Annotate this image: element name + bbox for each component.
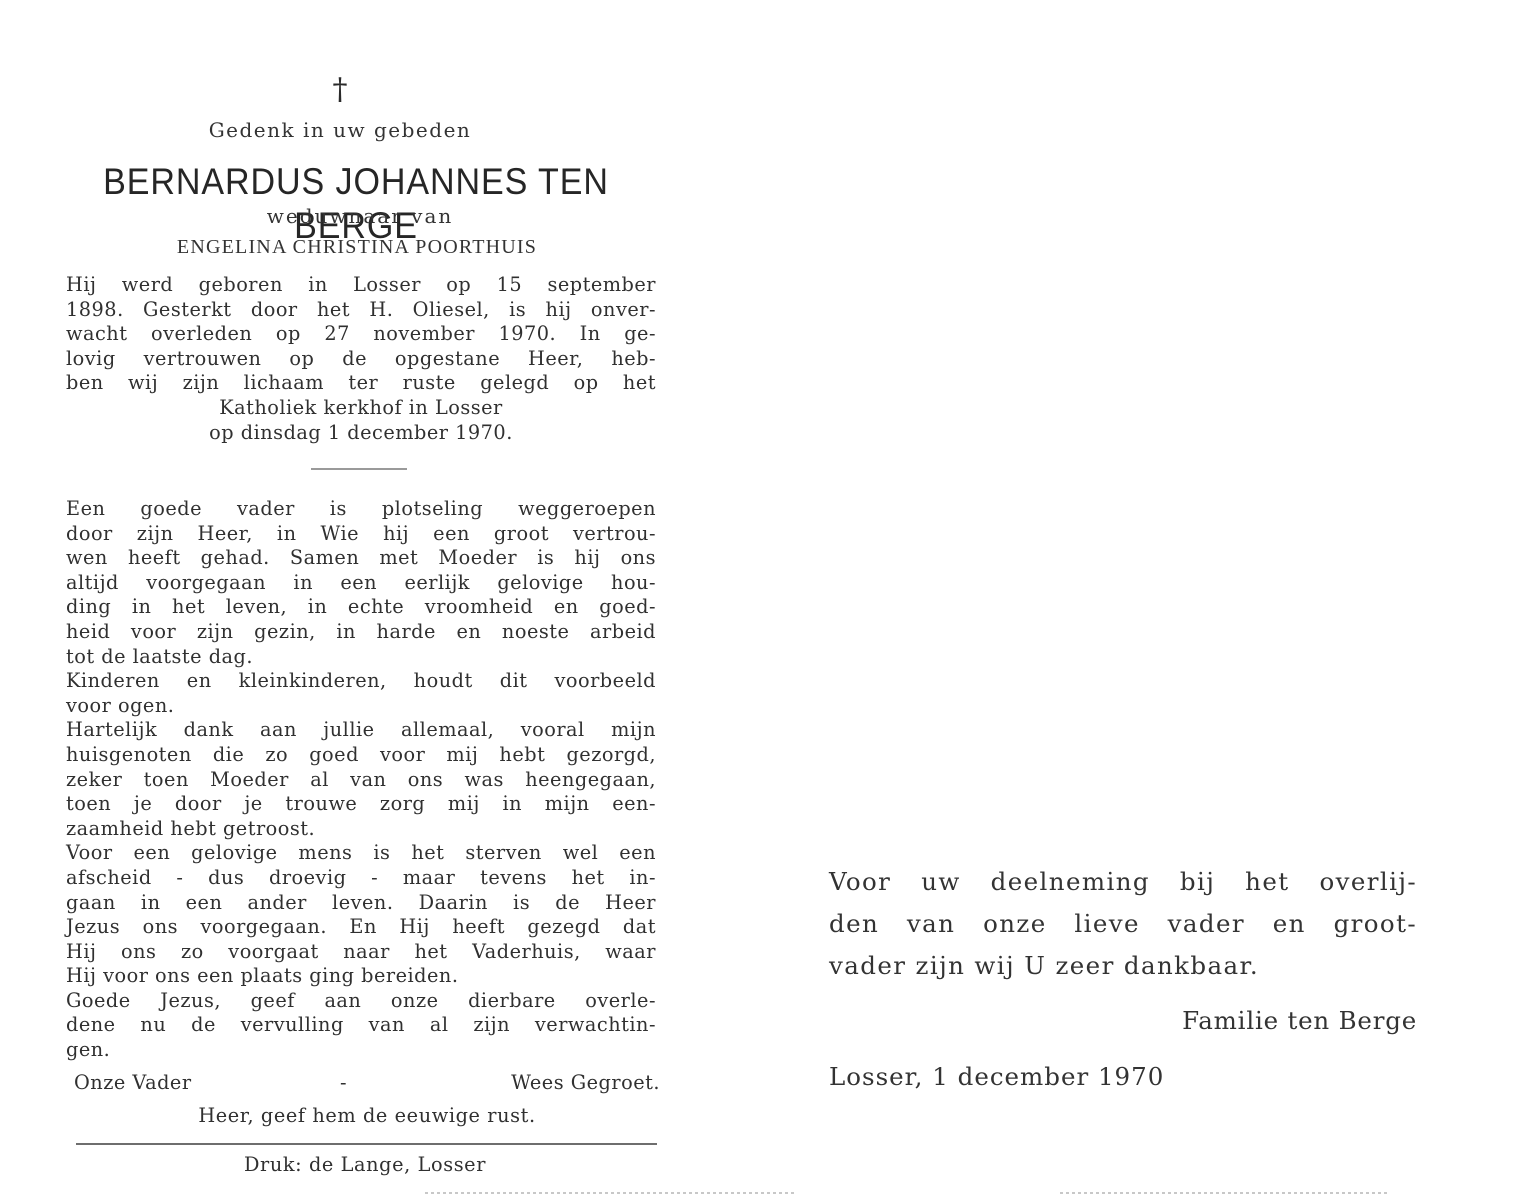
scan-artifact [425, 1192, 795, 1194]
biography-paragraph: Hij werd geboren in Losser op 15 septemb… [66, 273, 656, 445]
body-line: huisgenoten die zo goed voor mij hebt ge… [66, 743, 656, 768]
body-line: Voor een gelovige mens is het sterven we… [66, 841, 656, 866]
body-line: Jezus ons voorgegaan. En Hij heeft gezeg… [66, 915, 656, 940]
bio-line: lovig vertrouwen op de opgestane Heer, h… [66, 347, 656, 372]
bio-line: ben wij zijn lichaam ter ruste gelegd op… [66, 371, 656, 396]
prayer-right: Wees Gegroet. [511, 1071, 660, 1094]
bio-line: op dinsdag 1 december 1970. [66, 421, 656, 446]
bio-line: 1898. Gesterkt door het H. Oliesel, is h… [66, 298, 656, 323]
body-line: wen heeft gehad. Samen met Moeder is hij… [66, 546, 656, 571]
body-line: Kinderen en kleinkinderen, houdt dit voo… [66, 669, 656, 694]
body-line: gen. [66, 1038, 656, 1063]
cross-icon: † [0, 72, 680, 108]
thanks-line: den van onze lieve vader en groot- [829, 903, 1417, 945]
memorial-text: Een goede vader is plotseling weggeroepe… [66, 497, 656, 1063]
place-date: Losser, 1 december 1970 [829, 1062, 1164, 1091]
family-signature: Familie ten Berge [829, 1006, 1417, 1035]
body-line: Hij voor ons een plaats ging bereiden. [66, 964, 656, 989]
bio-line: Katholiek kerkhof in Losser [66, 396, 656, 421]
body-line: toen je door je trouwe zorg mij in mijn … [66, 792, 656, 817]
body-line: altijd voorgegaan in een eerlijk gelovig… [66, 571, 656, 596]
body-line: afscheid - dus droevig - maar tevens het… [66, 866, 656, 891]
thank-you-text: Voor uw deelneming bij het overlij- den … [829, 861, 1417, 987]
body-line: Hartelijk dank aan jullie allemaal, voor… [66, 718, 656, 743]
thanks-line: Voor uw deelneming bij het overlij- [829, 861, 1417, 903]
relation-text: weduwnaar van [0, 204, 720, 228]
body-line: Een goede vader is plotseling weggeroepe… [66, 497, 656, 522]
body-line: ding in het leven, in echte vroomheid en… [66, 595, 656, 620]
footer-divider [76, 1143, 657, 1145]
section-divider [311, 468, 407, 470]
body-line: Hij ons zo voorgaat naar het Vaderhuis, … [66, 940, 656, 965]
body-line: zeker toen Moeder al van ons was heengeg… [66, 768, 656, 793]
intro-text: Gedenk in uw gebeden [0, 118, 680, 142]
body-line: heid voor zijn gezin, in harde en noeste… [66, 620, 656, 645]
body-line: zaamheid hebt getroost. [66, 817, 656, 842]
bio-line: Hij werd geboren in Losser op 15 septemb… [66, 273, 656, 298]
prayer-separator: - [340, 1071, 347, 1094]
prayer-left: Onze Vader [74, 1071, 192, 1094]
body-line: dene nu de vervulling van al zijn verwac… [66, 1013, 656, 1038]
body-line: tot de laatste dag. [66, 645, 656, 670]
spouse-name: ENGELINA CHRISTINA POORTHUIS [0, 236, 714, 259]
rest-prayer: Heer, geef hem de eeuwige rust. [0, 1104, 734, 1127]
bio-line: wacht overleden op 27 november 1970. In … [66, 322, 656, 347]
body-line: voor ogen. [66, 694, 656, 719]
body-line: door zijn Heer, in Wie hij een groot ver… [66, 522, 656, 547]
thanks-line: vader zijn wij U zeer dankbaar. [829, 945, 1417, 987]
body-line: Goede Jezus, geef aan onze dierbare over… [66, 989, 656, 1014]
printer-credit: Druk: de Lange, Losser [0, 1153, 730, 1176]
scan-artifact [1060, 1192, 1390, 1194]
body-line: gaan in een ander leven. Daarin is de He… [66, 891, 656, 916]
